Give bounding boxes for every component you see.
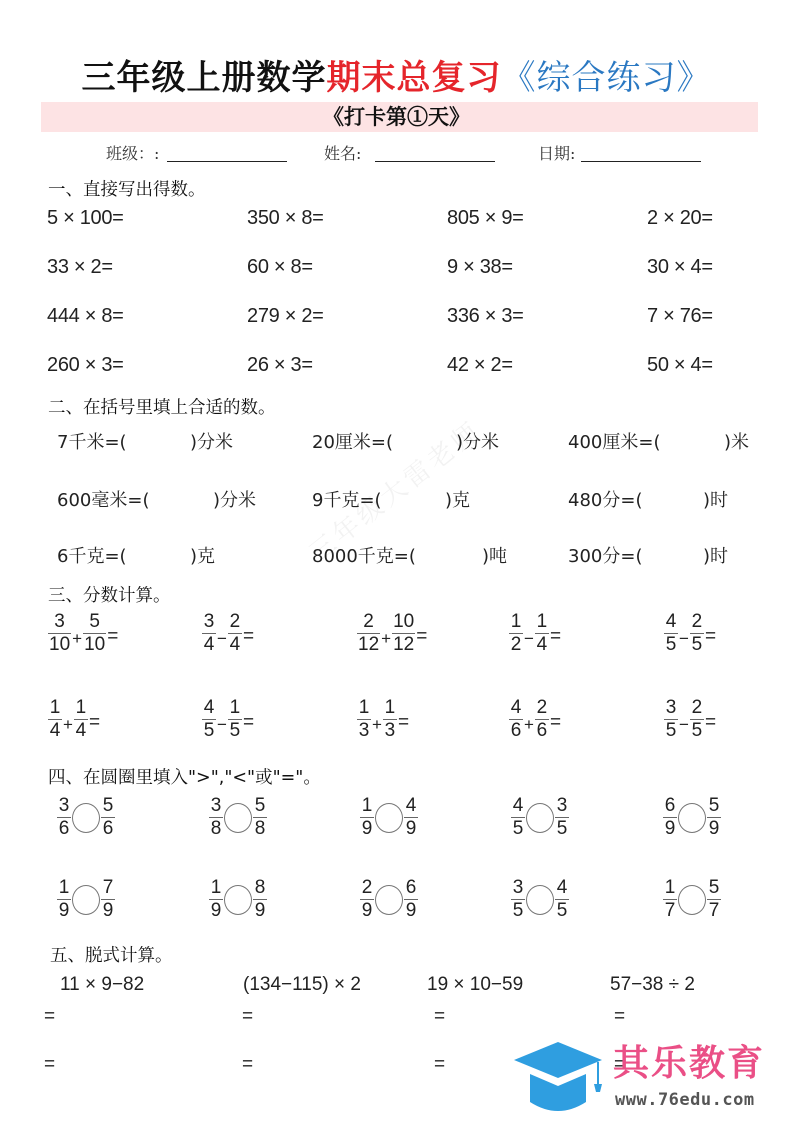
- fraction: 45: [555, 878, 569, 921]
- fill-right: )米: [724, 428, 749, 454]
- step-equals: =: [614, 1006, 625, 1028]
- fraction: 45: [664, 612, 678, 655]
- fraction: 14: [48, 698, 62, 741]
- class-blank-line[interactable]: [167, 161, 287, 162]
- fraction: 57: [707, 878, 721, 921]
- fraction: 45: [202, 698, 216, 741]
- fraction: 36: [57, 796, 71, 839]
- answer-circle[interactable]: [526, 885, 554, 915]
- calc-item: 50 × 4=: [647, 354, 713, 377]
- graduation-cap-icon: [510, 1040, 610, 1120]
- calc-item: 336 × 3=: [447, 305, 524, 328]
- comparison-item: 19 89: [209, 878, 267, 921]
- calc-item: 260 × 3=: [47, 354, 124, 377]
- fraction: 35: [555, 796, 569, 839]
- fraction: 26: [535, 698, 549, 741]
- calc-item: 5 × 100=: [47, 207, 124, 230]
- calc-item: 60 × 8=: [247, 256, 313, 279]
- section5-title: 五、脱式计算。: [50, 942, 173, 967]
- fraction: 12: [509, 612, 523, 655]
- title-practice-part: 《综合练习》: [502, 58, 712, 98]
- fraction: 17: [663, 878, 677, 921]
- calc-item: 805 × 9=: [447, 207, 524, 230]
- fraction-expression: 14 + 14 =: [48, 698, 100, 741]
- expression: (134−115) × 2: [243, 974, 361, 996]
- fraction: 46: [509, 698, 523, 741]
- calc-item: 9 × 38=: [447, 256, 513, 279]
- fraction: 49: [404, 796, 418, 839]
- fraction: 212: [357, 612, 380, 655]
- calc-item: 350 × 8=: [247, 207, 324, 230]
- fraction-expression: 45 − 25 =: [664, 612, 716, 655]
- expression: 57−38 ÷ 2: [610, 974, 695, 996]
- fraction: 19: [360, 796, 374, 839]
- fraction: 1012: [392, 612, 415, 655]
- step-equals: =: [434, 1054, 445, 1076]
- comparison-item: 19 79: [57, 878, 115, 921]
- fill-left: 480分=(: [568, 486, 642, 512]
- class-label: 班级：:: [106, 141, 159, 164]
- answer-circle[interactable]: [224, 803, 252, 833]
- fraction: 13: [383, 698, 397, 741]
- comparison-item: 17 57: [663, 878, 721, 921]
- fraction-expression: 46 + 26 =: [509, 698, 561, 741]
- fill-right: )分米: [213, 486, 256, 512]
- step-equals: =: [434, 1006, 445, 1028]
- answer-circle[interactable]: [72, 885, 100, 915]
- fill-right: )吨: [482, 542, 507, 568]
- fraction: 24: [228, 612, 242, 655]
- answer-circle[interactable]: [678, 803, 706, 833]
- answer-circle[interactable]: [375, 885, 403, 915]
- fill-right: )克: [445, 486, 470, 512]
- brand-name: 其乐教育: [613, 1042, 765, 1086]
- fraction: 56: [101, 796, 115, 839]
- step-equals: =: [44, 1006, 55, 1028]
- step-equals: =: [242, 1054, 253, 1076]
- fill-left: 600毫米=(: [57, 486, 149, 512]
- fraction-expression: 35 − 25 =: [664, 698, 716, 741]
- fill-right: )分米: [190, 428, 233, 454]
- fraction: 38: [209, 796, 223, 839]
- fraction-expression: 310 + 510 =: [48, 612, 118, 655]
- answer-circle[interactable]: [224, 885, 252, 915]
- fraction: 14: [74, 698, 88, 741]
- brand-url: www.76edu.com: [615, 1090, 755, 1110]
- fraction: 19: [209, 878, 223, 921]
- comparison-item: 35 45: [511, 878, 569, 921]
- fill-right: )时: [703, 542, 728, 568]
- fraction: 25: [690, 612, 704, 655]
- fraction-expression: 13 + 13 =: [357, 698, 409, 741]
- fill-left: 300分=(: [568, 542, 642, 568]
- brand-logo: 其乐教育 www.76edu.com: [510, 1040, 790, 1120]
- calc-item: 7 × 76=: [647, 305, 713, 328]
- answer-circle[interactable]: [678, 885, 706, 915]
- name-field[interactable]: 姓名:: [324, 138, 495, 164]
- fraction: 35: [511, 878, 525, 921]
- calc-item: 279 × 2=: [247, 305, 324, 328]
- comparison-item: 36 56: [57, 796, 115, 839]
- comparison-item: 29 69: [360, 878, 418, 921]
- fraction: 59: [707, 796, 721, 839]
- fraction: 29: [360, 878, 374, 921]
- calc-item: 42 × 2=: [447, 354, 513, 377]
- date-label: 日期:: [538, 141, 575, 164]
- date-blank-line[interactable]: [581, 161, 701, 162]
- fraction: 13: [357, 698, 371, 741]
- fraction: 35: [664, 698, 678, 741]
- expression: 19 × 10−59: [427, 974, 523, 996]
- fraction: 69: [404, 878, 418, 921]
- fraction: 89: [253, 878, 267, 921]
- fraction: 34: [202, 612, 216, 655]
- fraction: 19: [57, 878, 71, 921]
- fraction-expression: 212 + 1012 =: [357, 612, 427, 655]
- comparison-item: 45 35: [511, 796, 569, 839]
- fill-right: )时: [703, 486, 728, 512]
- calc-item: 30 × 4=: [647, 256, 713, 279]
- calc-item: 26 × 3=: [247, 354, 313, 377]
- fraction: 25: [690, 698, 704, 741]
- comparison-item: 38 58: [209, 796, 267, 839]
- section4-title: 四、在圆圈里填入">","<"或"="。: [48, 764, 321, 789]
- calc-item: 2 × 20=: [647, 207, 713, 230]
- title-grade-part: 三年级上册数学: [82, 58, 327, 98]
- comparison-item: 19 49: [360, 796, 418, 839]
- fill-right: )克: [190, 542, 215, 568]
- calc-item: 33 × 2=: [47, 256, 113, 279]
- fraction-expression: 45 − 15 =: [202, 698, 254, 741]
- fraction-expression: 34 − 24 =: [202, 612, 254, 655]
- calc-item: 444 × 8=: [47, 305, 124, 328]
- fraction: 15: [228, 698, 242, 741]
- student-info-row: 班级：: 姓名: 日期:: [0, 138, 793, 166]
- answer-circle[interactable]: [375, 803, 403, 833]
- fill-left: 400厘米=(: [568, 428, 660, 454]
- section3-title: 三、分数计算。: [48, 582, 171, 607]
- subtitle: 《打卡第①天》: [0, 102, 793, 132]
- date-field[interactable]: 日期:: [538, 138, 701, 164]
- name-label: 姓名:: [324, 141, 361, 164]
- fill-left: 20厘米=(: [312, 428, 393, 454]
- fraction: 45: [511, 796, 525, 839]
- fraction: 310: [48, 612, 71, 655]
- answer-circle[interactable]: [526, 803, 554, 833]
- fill-left: 6千克=(: [57, 542, 127, 568]
- fraction: 14: [535, 612, 549, 655]
- comparison-item: 69 59: [663, 796, 721, 839]
- class-field[interactable]: 班级：:: [106, 138, 287, 164]
- step-equals: =: [44, 1054, 55, 1076]
- section2-title: 二、在括号里填上合适的数。: [48, 394, 276, 419]
- expression: 11 × 9−82: [60, 974, 144, 996]
- fraction: 79: [101, 878, 115, 921]
- answer-circle[interactable]: [72, 803, 100, 833]
- fraction-expression: 12 − 14 =: [509, 612, 561, 655]
- title-review-part: 期末总复习: [327, 58, 502, 98]
- step-equals: =: [242, 1006, 253, 1028]
- fraction: 58: [253, 796, 267, 839]
- fill-left: 7千米=(: [57, 428, 127, 454]
- name-blank-line[interactable]: [375, 161, 495, 162]
- fraction: 69: [663, 796, 677, 839]
- worksheet-title: 三年级上册数学期末总复习《综合练习》: [0, 56, 793, 100]
- section1-title: 一、直接写出得数。: [48, 176, 206, 201]
- fraction: 510: [83, 612, 106, 655]
